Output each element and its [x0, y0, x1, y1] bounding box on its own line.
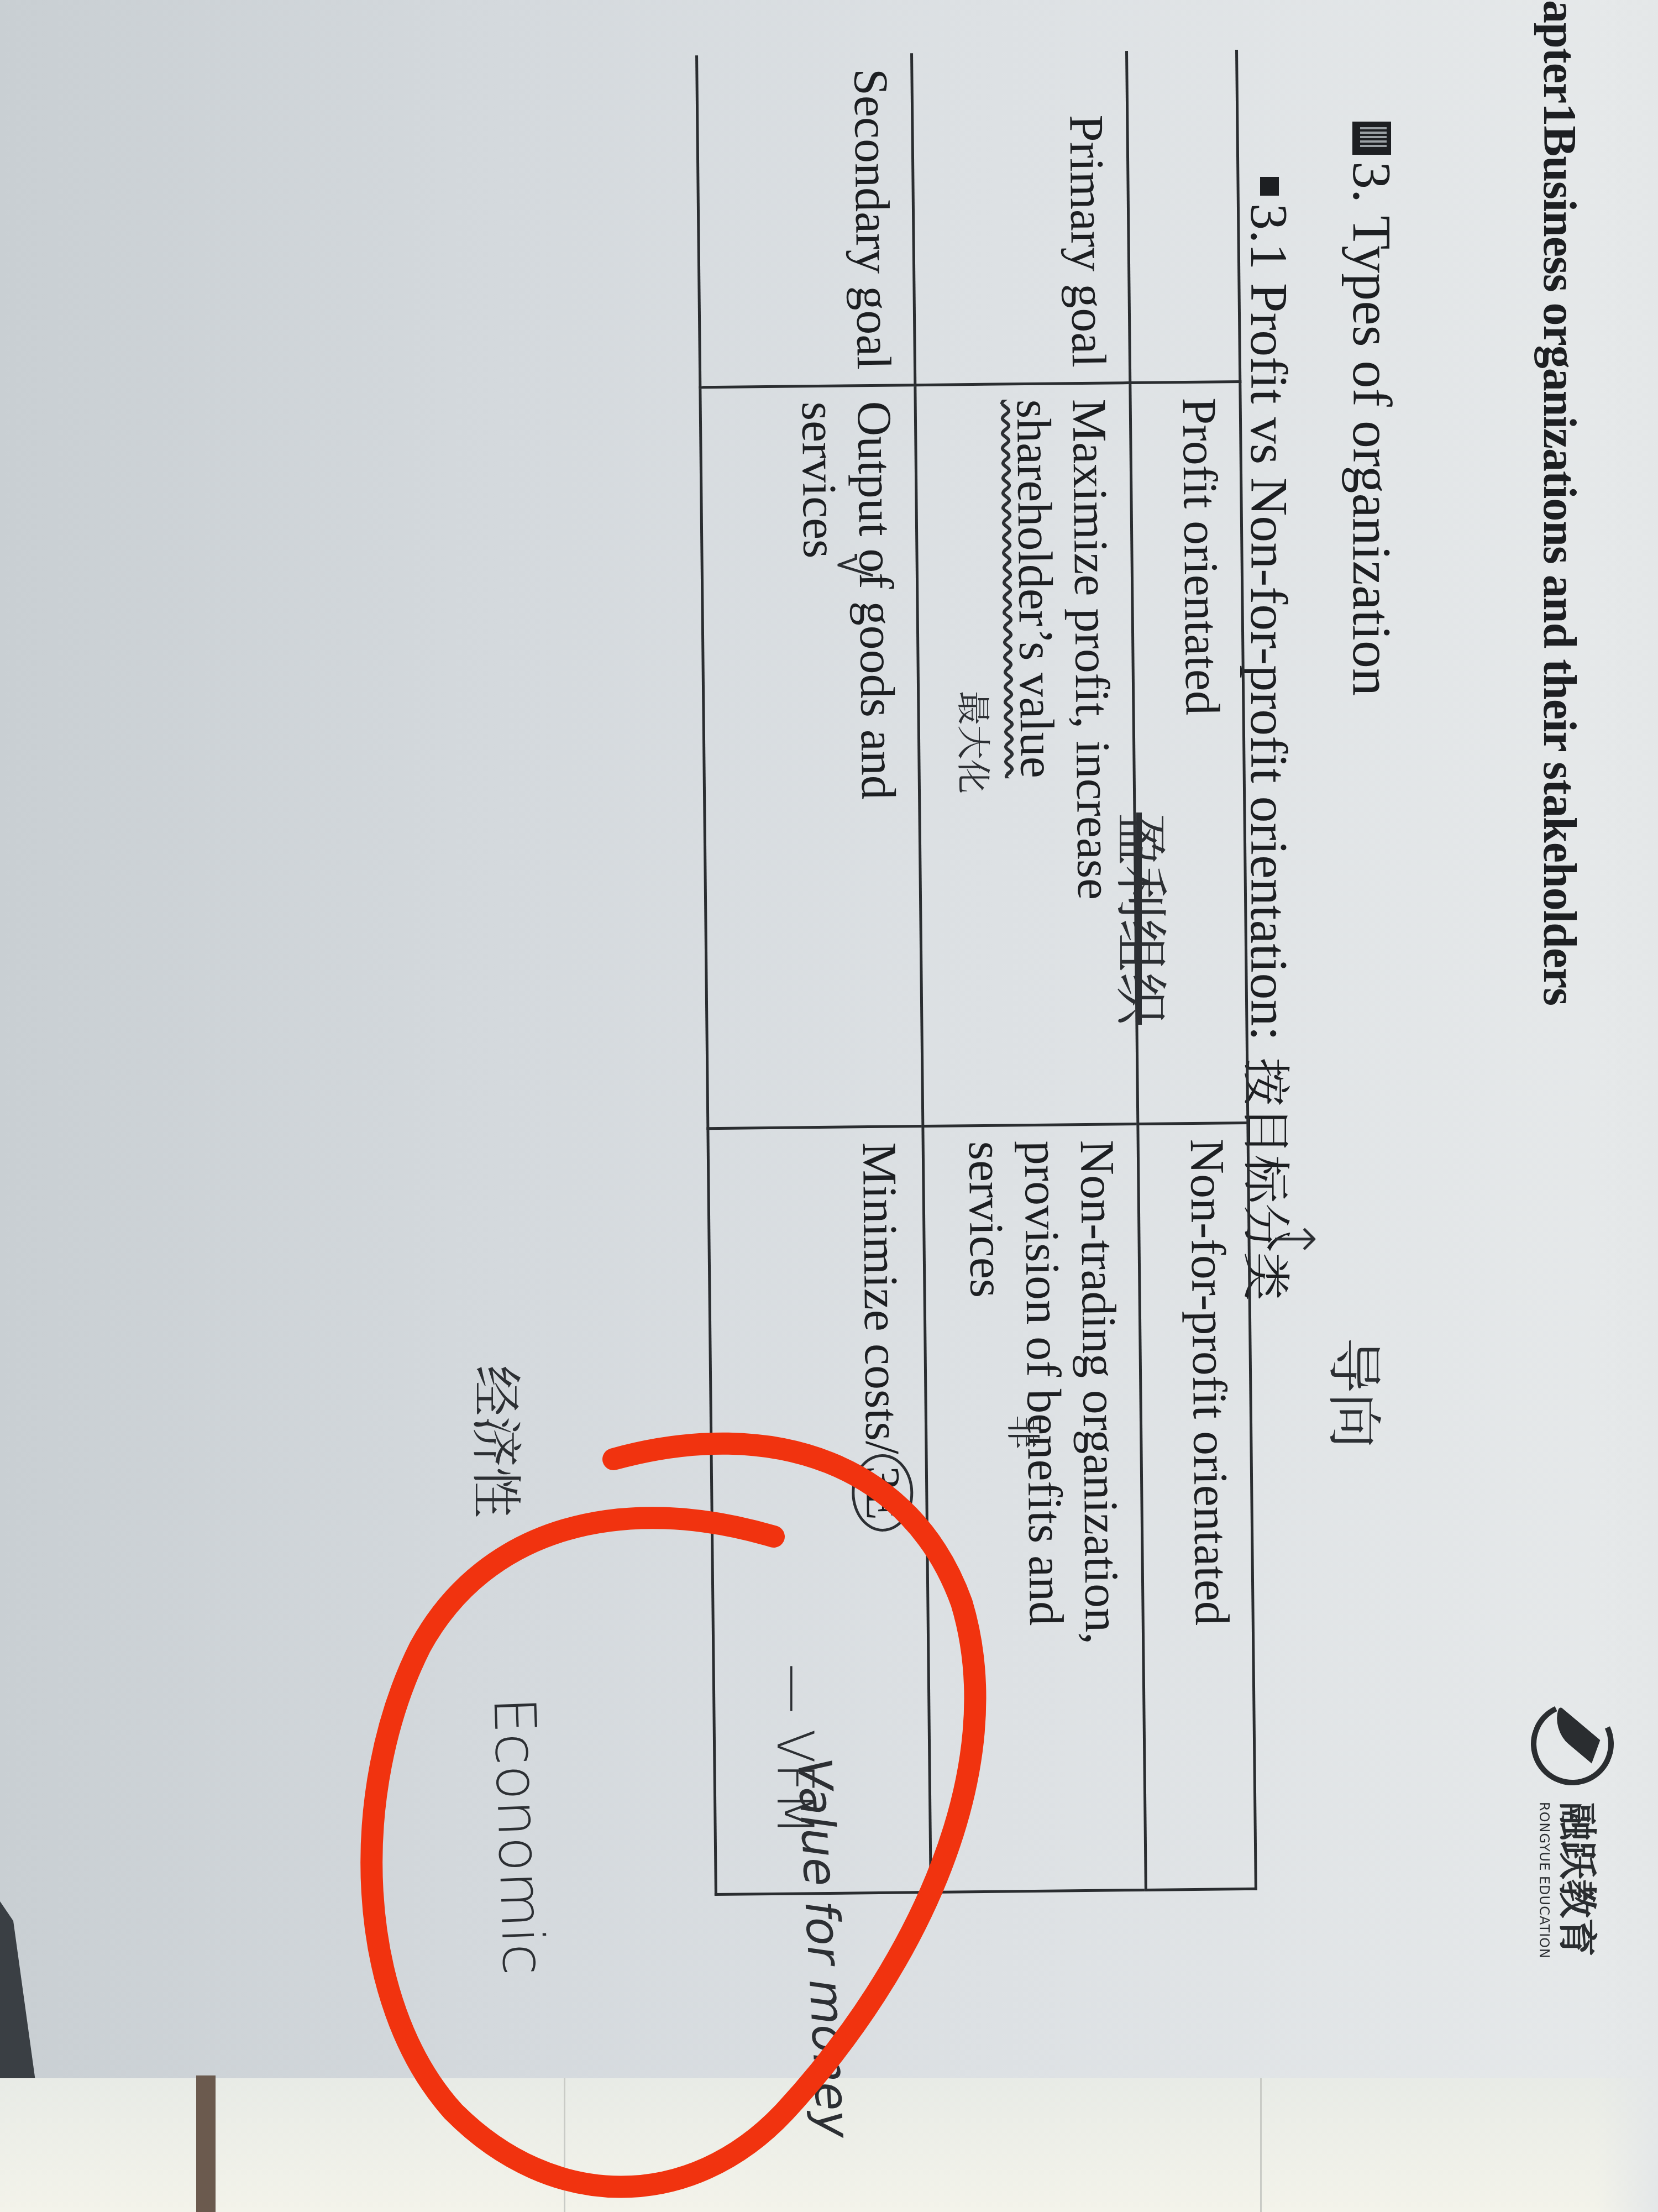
cell-primary-profit: Maximize profit, increase shareholder’s … — [915, 382, 1138, 1126]
row-label-secondary: Secondary goal — [697, 53, 915, 387]
chapter-heading: apter1Business organizations and their s… — [1533, 0, 1586, 1005]
subsection-heading-text: 3.1 Profit vs Non-for-profit orientation… — [1239, 203, 1300, 1041]
handwritten-orientation-cn: 导向 — [1319, 1338, 1398, 1448]
cell-line: Output of goods and — [846, 401, 909, 1111]
section-heading-text: 3. Types of organization — [1340, 161, 1404, 696]
table-header-empty — [1127, 50, 1240, 382]
table-row: Secondary goal Output of goods and servi… — [697, 53, 931, 1894]
row-label-primary: Primary goal — [912, 51, 1130, 385]
circled-3e: 3E — [851, 1454, 914, 1532]
cell-primary-non-profit: Non-trading organization, provision of b… — [923, 1124, 1146, 1892]
book-icon — [1353, 122, 1392, 155]
arrow-up-icon: ↑ — [1262, 1216, 1326, 1262]
handwritten-economic: Economic — [480, 1696, 557, 1976]
section-heading: 3. Types of organization — [1340, 122, 1404, 696]
handwritten-non-cn: 非 — [1001, 1415, 1050, 1449]
cell-line: services — [957, 1141, 1020, 1876]
publisher-logo: 融跃教育 RONGYUE EDUCATION — [1531, 1702, 1614, 1959]
table-header-non-profit: Non-for-profit orientated — [1138, 1123, 1256, 1890]
square-bullet-icon — [1260, 177, 1279, 196]
cell-line-underlined: shareholder’s value — [1005, 399, 1068, 1109]
cell-line: provision of benefits and — [1012, 1140, 1076, 1875]
handwritten-crossed-out: 盈利组织 — [1107, 813, 1183, 1025]
cell-text: Minimize costs/ — [852, 1142, 909, 1455]
check-mark-icon: √ — [827, 553, 879, 577]
cell-line: Non-trading organization, — [1068, 1140, 1132, 1875]
handwritten-maximize-cn: 最大化 — [951, 691, 1000, 794]
document-page: apter1Business organizations and their s… — [0, 0, 1658, 2212]
cell-line: services — [790, 401, 853, 1112]
handwritten-economy-cn: 经济性 — [463, 1365, 536, 1518]
logo-name-en: RONGYUE EDUCATION — [1537, 1802, 1552, 1959]
logo-name-cn: 融跃教育 — [1552, 1802, 1608, 1959]
handwritten-vfm: — VFM — [765, 1664, 823, 1835]
cell-secondary-profit: Output of goods and services — [700, 385, 923, 1128]
rongyue-logo-icon — [1519, 1691, 1625, 1797]
